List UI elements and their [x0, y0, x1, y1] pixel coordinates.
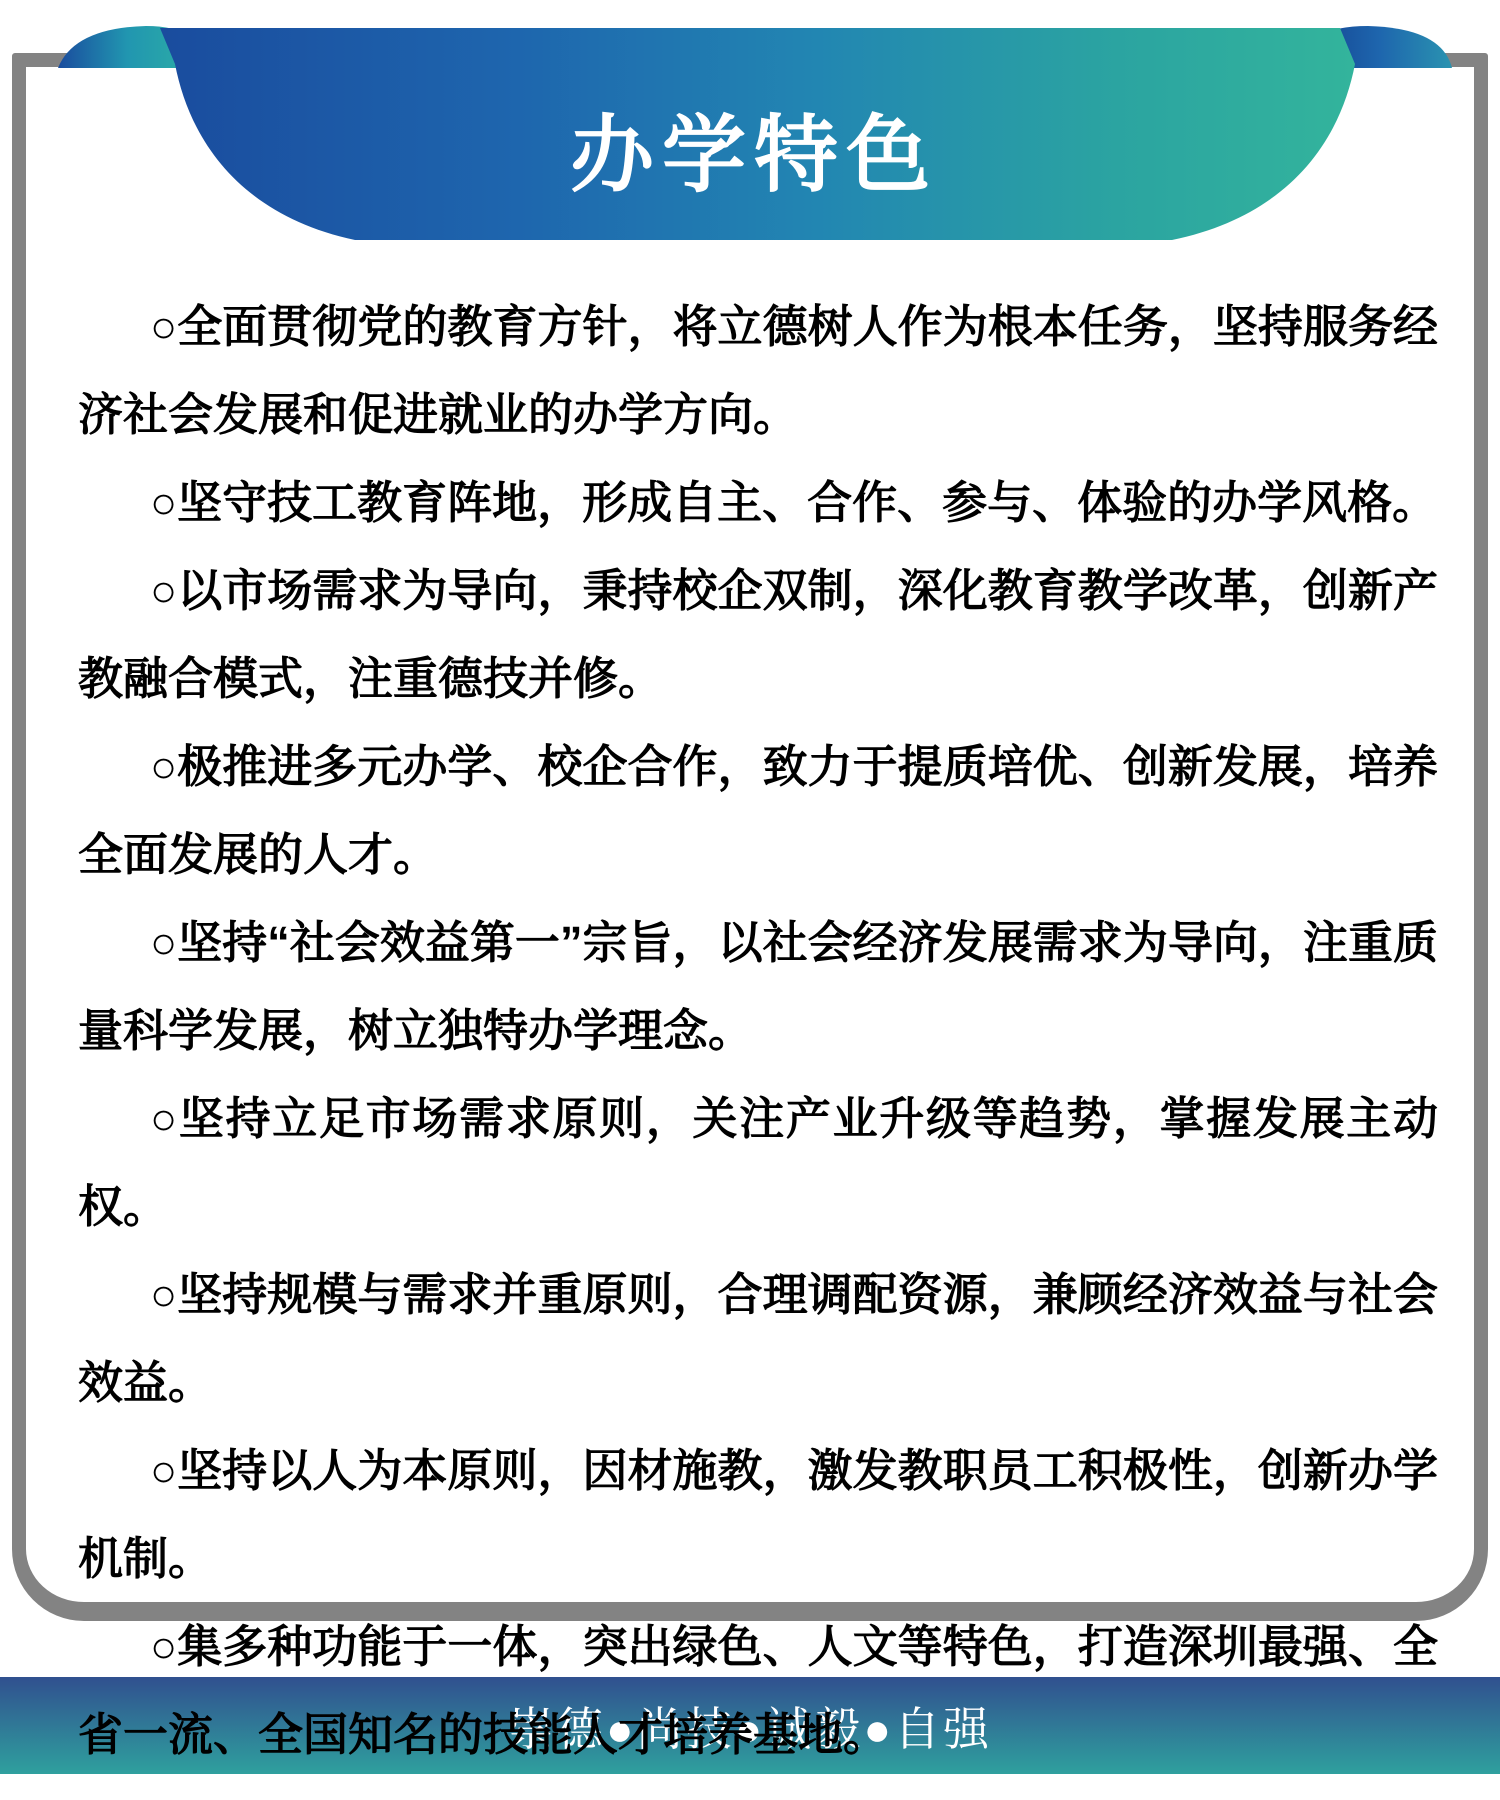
feature-paragraph: ○全面贯彻党的教育方针，将立德树人作为根本任务，坚持服务经济社会发展和促进就业的… — [78, 283, 1438, 459]
features-list: ○全面贯彻党的教育方针，将立德树人作为根本任务，坚持服务经济社会发展和促进就业的… — [78, 283, 1438, 1779]
page-title: 办学特色 — [0, 88, 1500, 209]
feature-paragraph: ○坚持“社会效益第一”宗旨，以社会经济发展需求为导向，注重质量科学发展，树立独特… — [78, 899, 1438, 1075]
feature-paragraph: ○坚守技工教育阵地，形成自主、合作、参与、体验的办学风格。 — [78, 459, 1438, 547]
page: { "banner": { "title": "办学特色" }, "bullet… — [0, 0, 1500, 1800]
feature-paragraph: ○集多种功能于一体，突出绿色、人文等特色，打造深圳最强、全省一流、全国知名的技能… — [78, 1603, 1438, 1779]
feature-paragraph: ○以市场需求为导向，秉持校企双制，深化教育教学改革，创新产教融合模式，注重德技并… — [78, 547, 1438, 723]
feature-paragraph: ○极推进多元办学、校企合作，致力于提质培优、创新发展，培养全面发展的人才。 — [78, 723, 1438, 899]
feature-paragraph: ○坚持以人为本原则，因材施教，激发教职员工积极性，创新办学机制。 — [78, 1427, 1438, 1603]
feature-paragraph: ○坚持规模与需求并重原则，合理调配资源，兼顾经济效益与社会效益。 — [78, 1251, 1438, 1427]
feature-paragraph: ○坚持立足市场需求原则，关注产业升级等趋势，掌握发展主动权。 — [78, 1075, 1438, 1251]
